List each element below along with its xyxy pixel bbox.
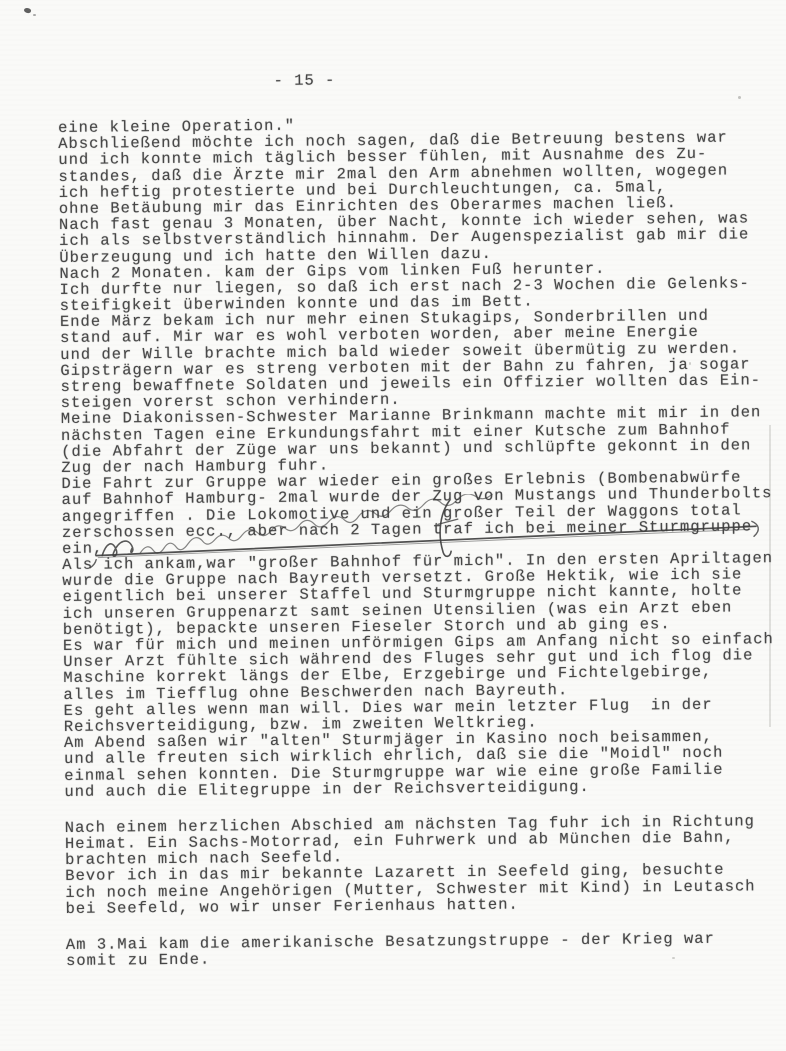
paragraph-main: eine kleine Operation."Abschließend möch… xyxy=(58,113,786,800)
paragraph-journey-home: Nach einem herzlichen Abschied am nächst… xyxy=(65,813,786,917)
paragraph-war-end: Am 3.Mai kam die amerikanische Besatzung… xyxy=(66,930,786,969)
page-content: - 15 - eine kleine Operation."Abschließe… xyxy=(0,0,786,1051)
page-body: eine kleine Operation."Abschließend möch… xyxy=(58,113,786,969)
scanned-typewritten-page: - 15 - eine kleine Operation."Abschließe… xyxy=(0,0,786,1051)
page-number: - 15 - xyxy=(274,71,336,90)
